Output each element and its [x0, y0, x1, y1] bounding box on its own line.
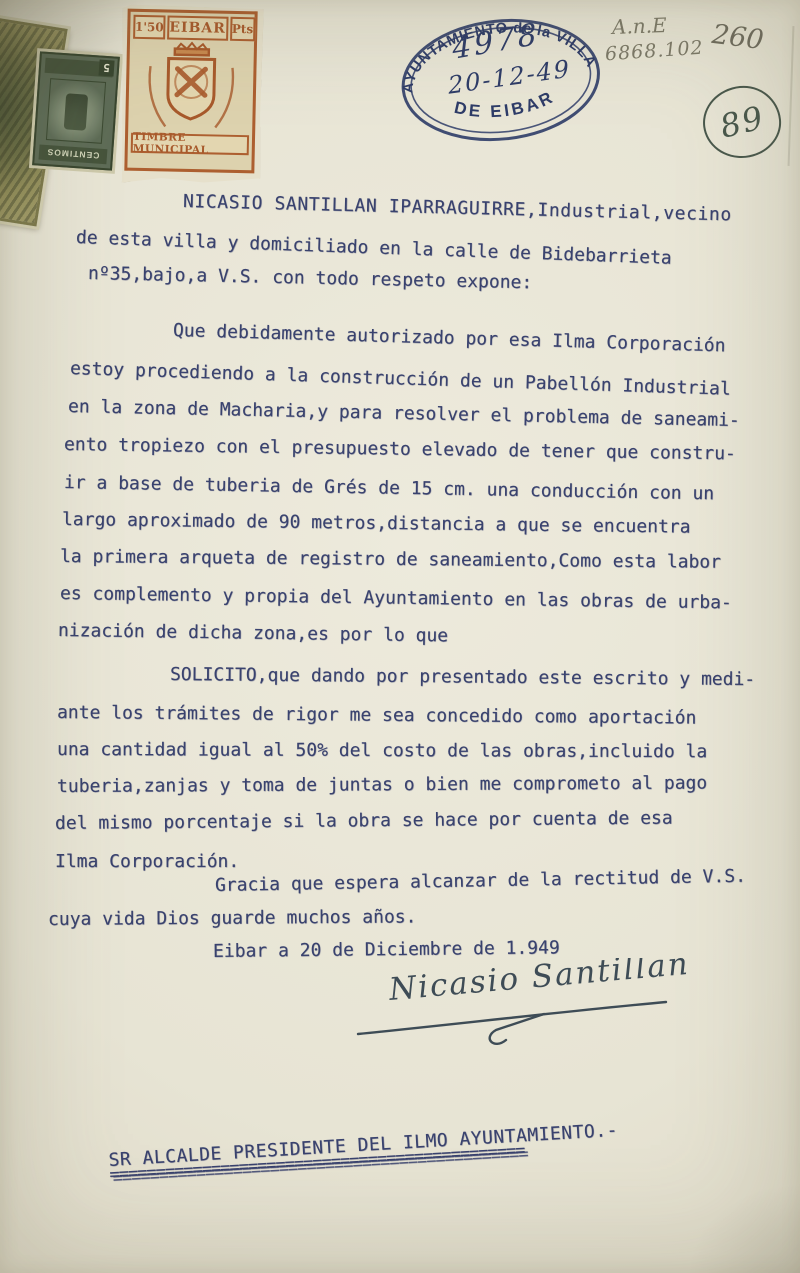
- circled-number-value: 89: [716, 98, 769, 146]
- addressee-block: SR ALCALDE PRESIDENTE DEL ILMO AYUNTAMIE…: [108, 1120, 620, 1189]
- signature-flourish: [358, 1002, 666, 1044]
- stamp-currency: Pts: [230, 17, 256, 42]
- letter-line: estoy procediendo a la construcción de u…: [70, 358, 731, 400]
- letter-line: del mismo porcentaje si la obra se hace …: [55, 808, 673, 834]
- stamp-coat-of-arms: [131, 39, 251, 135]
- page-edge-crease: [788, 26, 795, 166]
- letter-line: ante los trámites de rigor me sea conced…: [57, 702, 697, 729]
- letter-line: Ilma Corporación.: [55, 851, 239, 872]
- circled-number-annotation: 89: [699, 82, 784, 162]
- letter-line: la primera arqueta de registro de saneam…: [60, 546, 721, 573]
- letter-line: nización de dicha zona,es por lo que: [58, 620, 448, 646]
- scanned-letter-page: 1'50 0455 CENTIMOS 5 1'50 EIBAR Pts: [0, 0, 800, 1273]
- letter-line: SOLICITO,que dando por presentado este e…: [170, 664, 755, 690]
- centimos-stamp-value: 5: [99, 60, 115, 77]
- letter-line: ento tropiezo con el presupuesto elevado…: [64, 434, 736, 464]
- centimos-stamp-vignette: [46, 78, 106, 144]
- letter-line: de esta villa y domiciliado en la calle …: [76, 227, 672, 269]
- timbre-municipal-stamp: 1'50 EIBAR Pts TIMBRE MUNI: [124, 9, 257, 174]
- letter-line: Gracia que espera alcanzar de la rectitu…: [215, 866, 746, 896]
- page-number-annotation: 260: [710, 19, 765, 56]
- stamp-city: EIBAR: [167, 15, 228, 40]
- registry-stamp: AYUNTAMIENTO de la VILLA DE EIBAR 4978 2…: [392, 6, 611, 159]
- letter-line: largo aproximado de 90 metros,distancia …: [62, 509, 691, 538]
- archive-reference-line2: 6868.102: [604, 37, 704, 66]
- signature-block: Nicasio Santillan: [348, 958, 688, 1058]
- timbre-municipal-stamp-body: 1'50 EIBAR Pts TIMBRE MUNI: [124, 9, 257, 174]
- stamp-value: 1'50: [133, 15, 165, 40]
- signature-name: Nicasio Santillan: [387, 958, 688, 1008]
- centimos-stamp-unit-band: CENTIMOS: [39, 145, 108, 165]
- coat-of-arms-icon: [135, 40, 247, 134]
- letter-line: tuberia,zanjas y toma de juntas o bien m…: [57, 773, 707, 797]
- archive-reference-line1: A.n.E: [612, 13, 667, 39]
- letter-line: en la zona de Macharia,y para resolver e…: [68, 396, 740, 431]
- letter-line: Que debidamente autorizado por esa Ilma …: [173, 320, 726, 356]
- letter-line: cuya vida Dios guarde muchos años.: [48, 906, 417, 930]
- letter-line: NICASIO SANTILLAN IPARRAGUIRRE,Industria…: [183, 191, 732, 225]
- letter-line: es complemento y propia del Ayuntamiento…: [60, 583, 732, 613]
- letter-line: nº35,bajo,a V.S. con todo respeto expone…: [88, 263, 533, 293]
- letter-line: ir a base de tuberia de Grés de 15 cm. u…: [64, 472, 714, 504]
- signature-icon: Nicasio Santillan: [348, 958, 688, 1058]
- letter-line: una cantidad igual al 50% del costo de l…: [57, 739, 707, 762]
- centimos-stamp: CENTIMOS 5: [32, 51, 120, 170]
- stamp-caption: TIMBRE MUNICIPAL: [131, 133, 249, 155]
- stamp-top-row: 1'50 EIBAR Pts: [133, 15, 251, 41]
